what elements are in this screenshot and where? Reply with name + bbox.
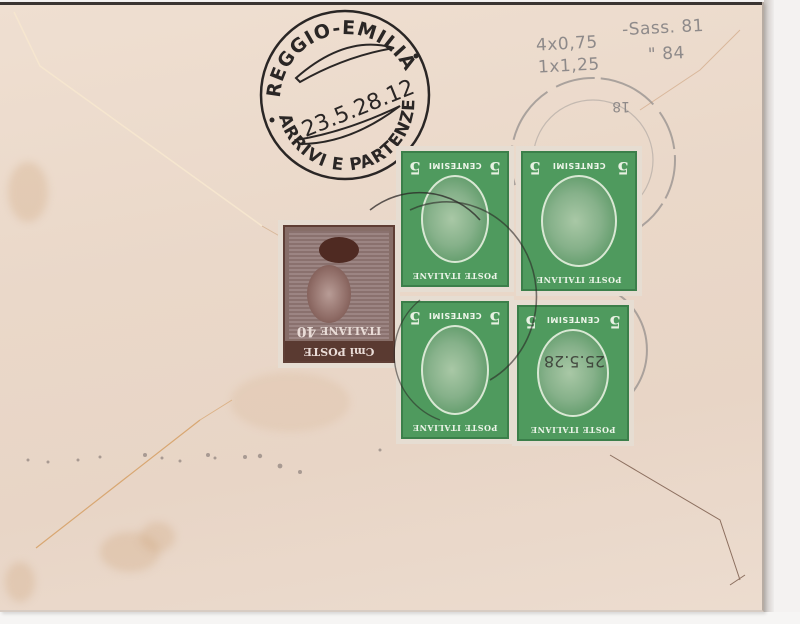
stamp-value: 40 <box>297 323 316 339</box>
svg-text:18: 18 <box>612 98 630 114</box>
stamp-currency: CENTESIMI <box>523 161 635 170</box>
stamp-cancellation: 25.5.28 <box>330 180 670 440</box>
photo-scene: 4x0,75 1x1,25 -Sass. 81 " 84 18 REGGIO-E… <box>0 0 800 624</box>
pencil-note-catalogue-1: -Sass. 81 <box>622 16 705 40</box>
svg-text:25.5.28: 25.5.28 <box>544 352 605 371</box>
stamp-currency: CENTESIMI <box>403 161 507 170</box>
pencil-note-catalogue-2: " 84 <box>648 43 686 65</box>
pencil-note-quantity-1: 4x0,75 <box>536 32 599 55</box>
